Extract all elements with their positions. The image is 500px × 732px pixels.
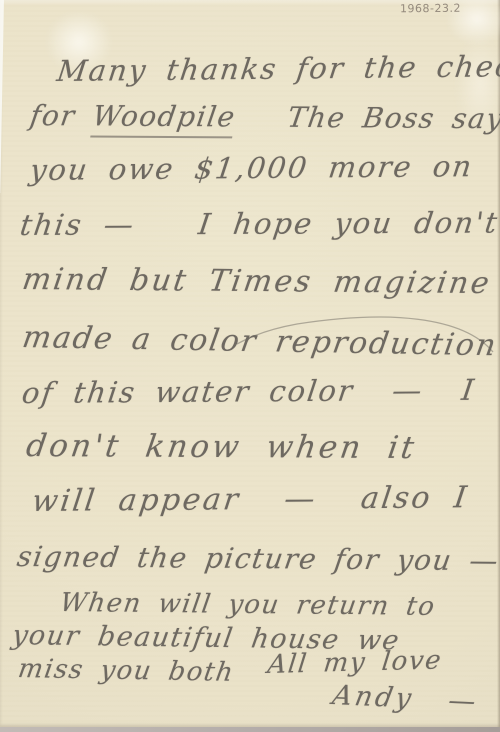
- underlined-word-woodpile: Woodpile: [90, 99, 238, 138]
- signature: Andy —: [330, 680, 481, 717]
- letter-line-10: signed the picture for you —: [15, 540, 500, 577]
- letter-line-11: When will you return to: [58, 588, 438, 622]
- letter-line-7: of this water color — I: [20, 373, 478, 410]
- letter-line-2: for Woodpile The Boss says: [28, 99, 500, 135]
- letter-line-3: you owe $1,000 more on: [28, 149, 475, 187]
- letter-line-2-suffix: The Boss says: [233, 100, 500, 135]
- letter-line-1: Many thanks for the check: [55, 49, 500, 88]
- letter-line-8: don't know when it: [24, 428, 419, 466]
- letter-line-4: this — I hope you don't: [18, 205, 500, 242]
- letter-paper: 1968-23.2 Many thanks for the check for …: [0, 0, 500, 727]
- paper-edge-left: [0, 0, 4, 193]
- letter-line-2-prefix: for: [28, 99, 95, 132]
- letter-scan: 1968-23.2 Many thanks for the check for …: [0, 0, 500, 732]
- letter-line-9: will appear — also I: [30, 480, 471, 519]
- letter-line-13-left: miss you both: [16, 654, 236, 688]
- catalog-number: 1968-23.2: [400, 2, 461, 16]
- letter-line-13-right: All my love: [266, 645, 444, 680]
- letter-line-6: made a color reproduction: [20, 320, 500, 363]
- letter-line-5: mind but Times magizine: [20, 262, 494, 301]
